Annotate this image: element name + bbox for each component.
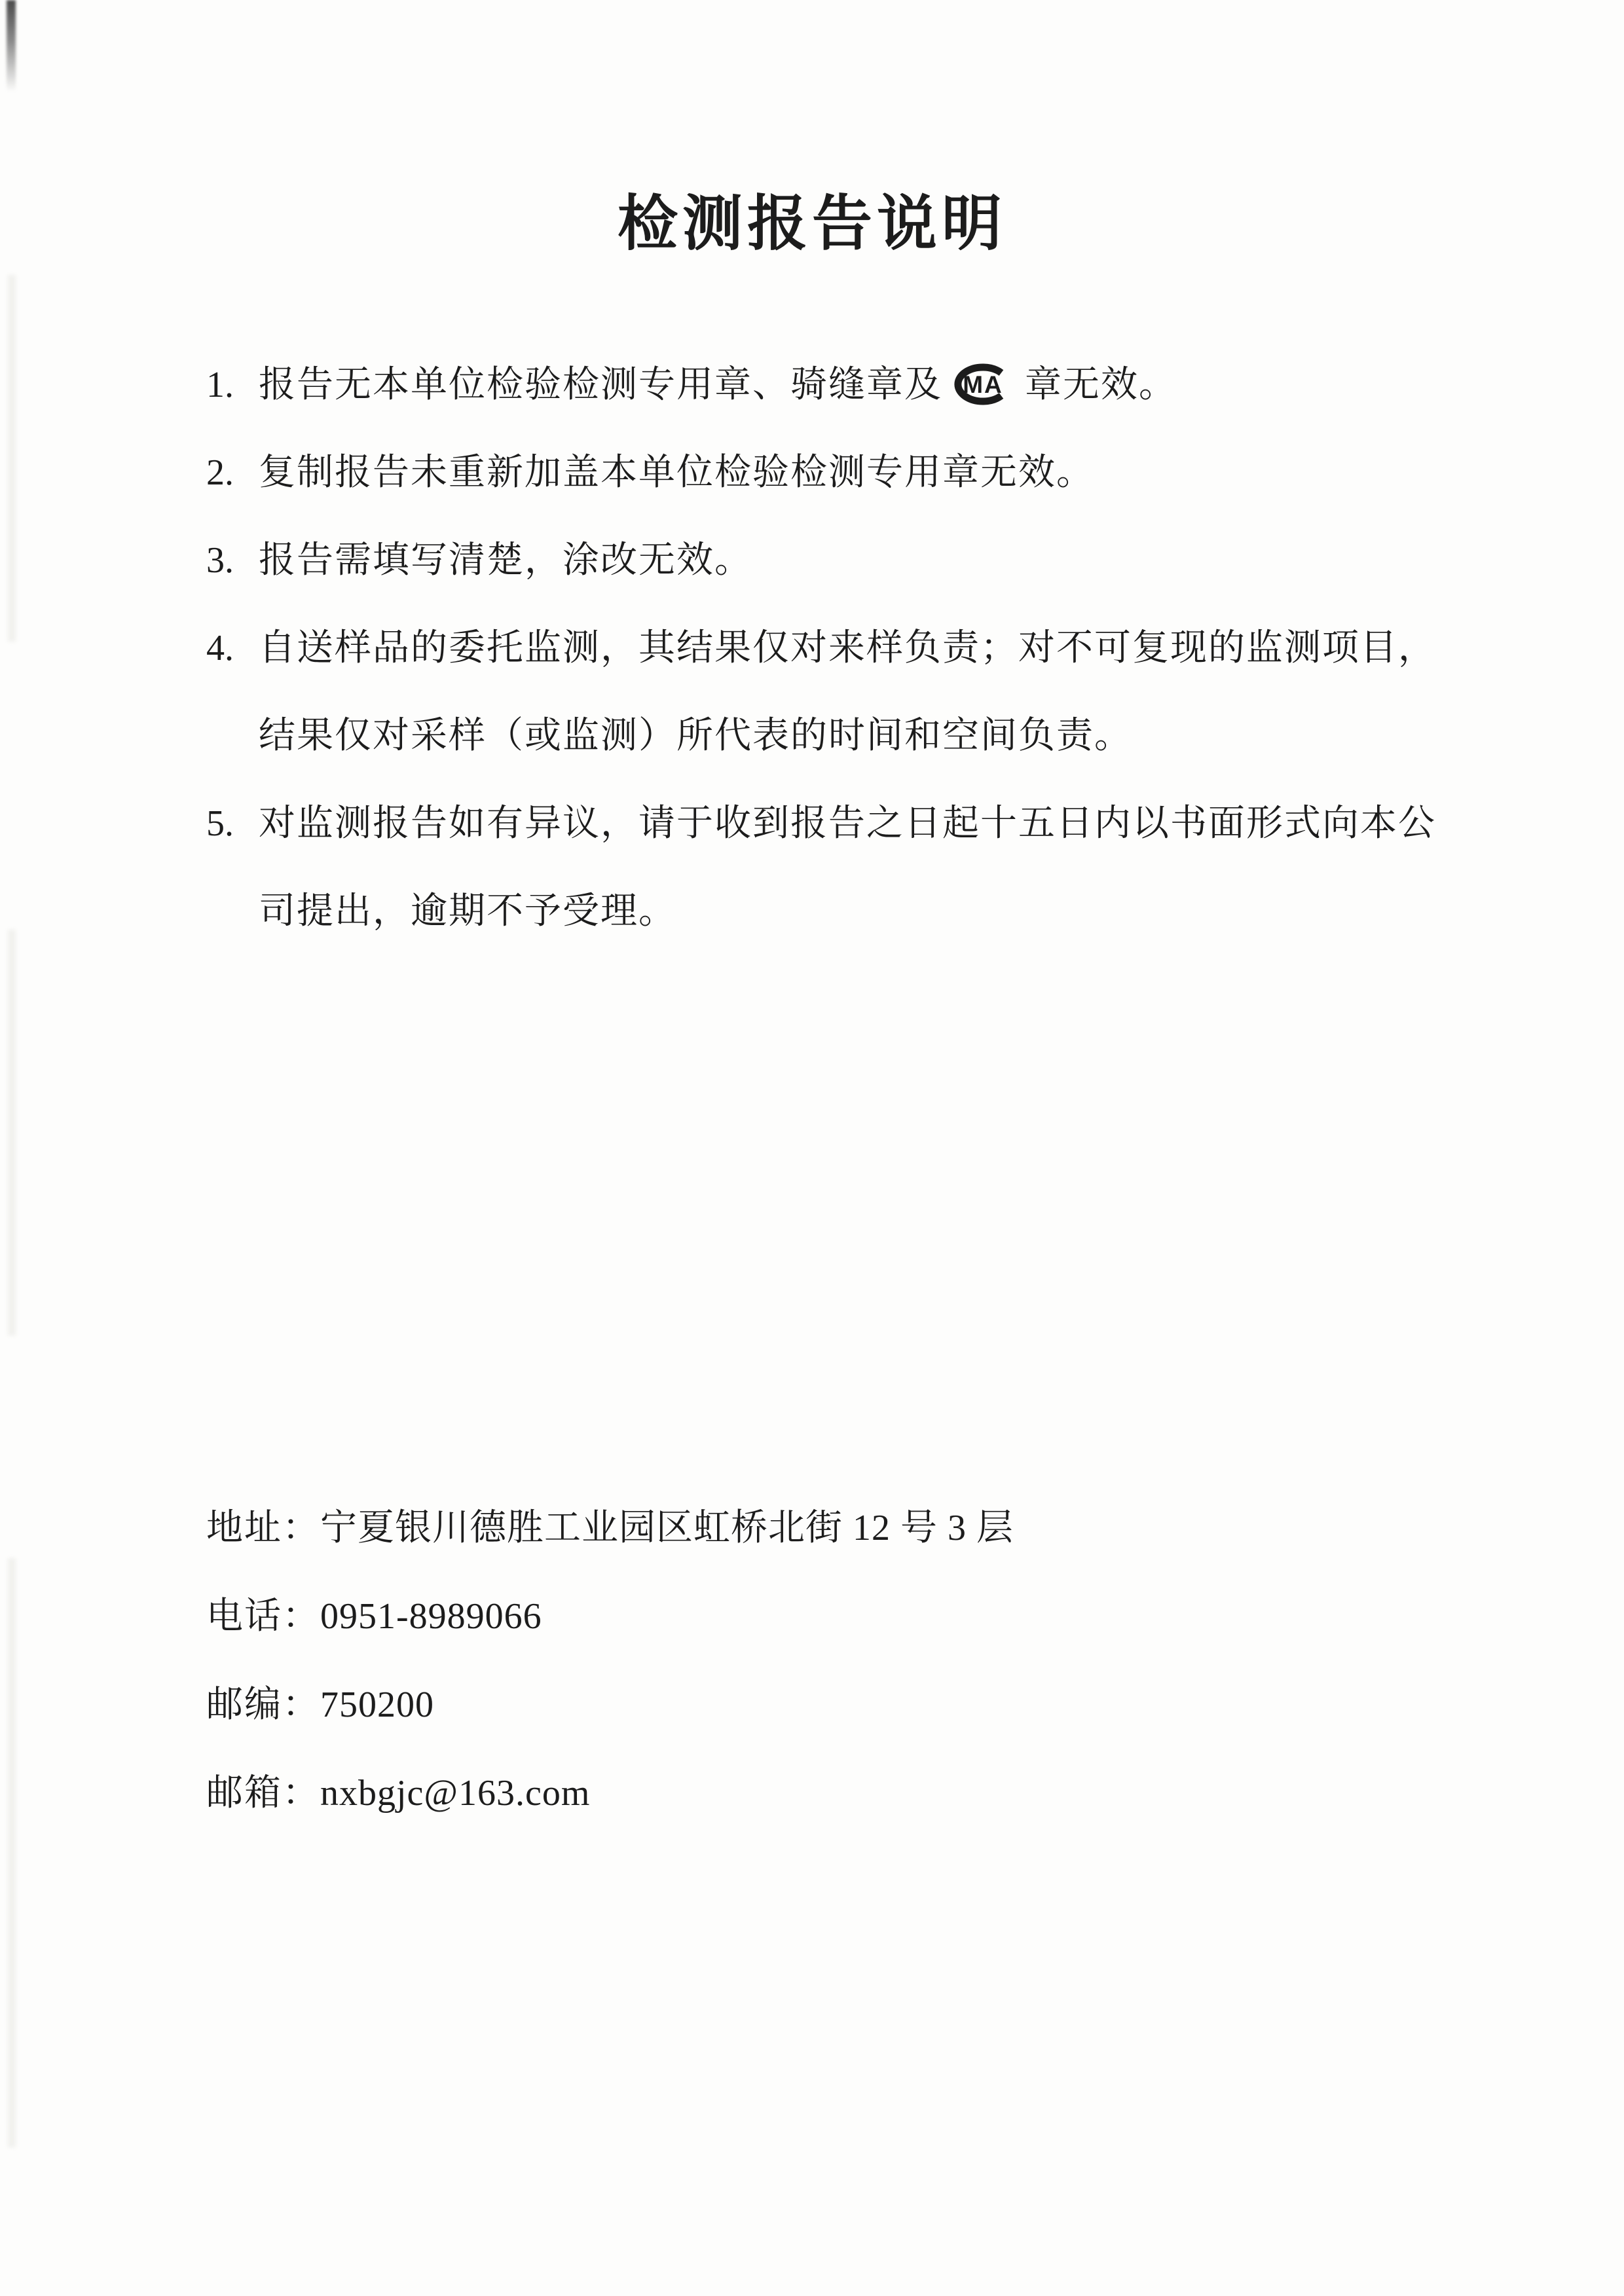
phone-label: 电话：: [206, 1596, 320, 1637]
email-label: 邮箱：: [206, 1773, 320, 1813]
note-item-2: 2.复制报告未重新加盖本单位检验检测专用章无效。: [206, 429, 1441, 517]
scan-artifact-streak: [8, 275, 16, 642]
note-item-5: 5.对监测报告如有异议，请于收到报告之日起十五日内以书面形式向本公司提出，逾期不…: [206, 780, 1441, 955]
note-text: 报告需填写清楚，涂改无效。: [259, 540, 752, 581]
note-item-1: 1.报告无本单位检验检测专用章、骑缝章及 MA 章无效。: [206, 341, 1441, 429]
contact-postcode-row: 邮编：750200: [206, 1661, 1624, 1749]
note-text-before-logo: 报告无本单位检验检测专用章、骑缝章及: [259, 365, 942, 405]
note-text-after-logo: 章无效。: [1025, 365, 1177, 405]
note-item-4: 4.自送样品的委托监测，其结果仅对来样负责；对不可复现的监测项目，结果仅对采样（…: [206, 604, 1441, 780]
note-item-3: 3.报告需填写清楚，涂改无效。: [206, 517, 1441, 604]
scan-artifact-streak: [8, 1558, 16, 2147]
postcode-label: 邮编：: [206, 1685, 320, 1725]
contact-block: 地址：宁夏银川德胜工业园区虹桥北街 12 号 3 层 电话：0951-89890…: [206, 1484, 1624, 1838]
phone-value: 0951-8989066: [320, 1596, 542, 1637]
notes-list: 1.报告无本单位检验检测专用章、骑缝章及 MA 章无效。 2.复制报告未重新加盖…: [206, 341, 1441, 955]
scan-artifact-streak: [8, 930, 16, 1336]
page-title: 检测报告说明: [0, 0, 1624, 257]
contact-email-row: 邮箱：nxbgjc@163.com: [206, 1749, 1624, 1838]
contact-address-row: 地址：宁夏银川德胜工业园区虹桥北街 12 号 3 层: [206, 1484, 1624, 1573]
address-label: 地址：: [206, 1508, 320, 1548]
postcode-value: 750200: [320, 1685, 434, 1725]
note-text: 自送样品的委托监测，其结果仅对来样负责；对不可复现的监测项目，结果仅对采样（或监…: [259, 628, 1436, 756]
note-number: 5.: [206, 780, 259, 867]
address-value: 宁夏银川德胜工业园区虹桥北街 12 号 3 层: [320, 1508, 1014, 1548]
note-number: 2.: [206, 429, 259, 517]
contact-phone-row: 电话：0951-8989066: [206, 1573, 1624, 1661]
cma-letters: MA: [963, 371, 1003, 398]
note-text: 对监测报告如有异议，请于收到报告之日起十五日内以书面形式向本公司提出，逾期不予受…: [259, 803, 1436, 932]
note-number: 1.: [206, 341, 259, 429]
note-number: 4.: [206, 604, 259, 692]
scanned-report-page: 检测报告说明 1.报告无本单位检验检测专用章、骑缝章及 MA 章无效。 2.复制…: [0, 0, 1624, 2296]
scan-artifact-smudge: [7, 0, 16, 92]
email-value: nxbgjc@163.com: [320, 1773, 590, 1813]
note-text: 复制报告未重新加盖本单位检验检测专用章无效。: [259, 452, 1094, 493]
cma-certification-mark-icon: MA: [951, 362, 1016, 407]
note-number: 3.: [206, 517, 259, 604]
